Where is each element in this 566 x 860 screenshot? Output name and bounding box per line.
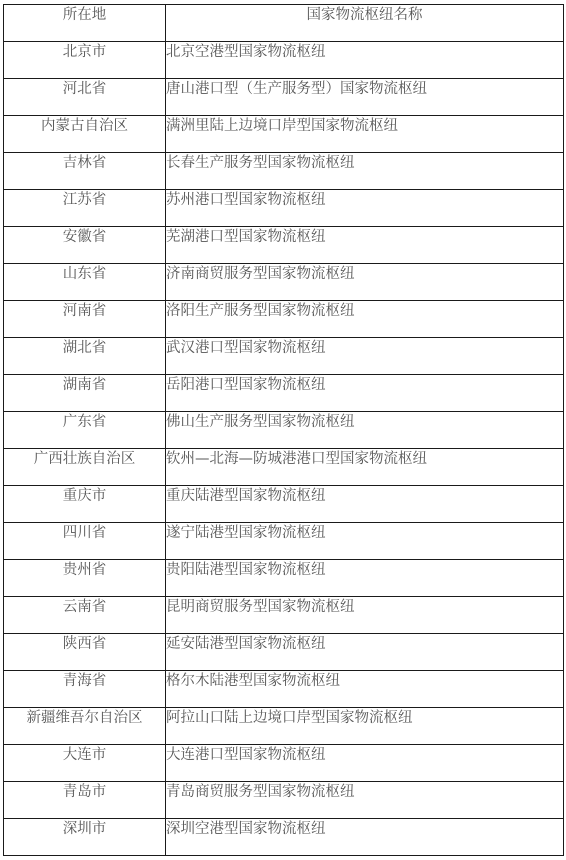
cell-hub-name: 钦州—北海—防城港港口型国家物流枢纽 <box>166 449 564 486</box>
cell-location: 四川省 <box>4 523 166 560</box>
table-header-row: 所在地 国家物流枢纽名称 <box>4 5 564 42</box>
cell-hub-name: 大连港口型国家物流枢纽 <box>166 745 564 782</box>
cell-hub-name: 北京空港型国家物流枢纽 <box>166 42 564 79</box>
table-row: 青海省 格尔木陆港型国家物流枢纽 <box>4 671 564 708</box>
cell-hub-name: 满洲里陆上边境口岸型国家物流枢纽 <box>166 116 564 153</box>
table-row: 江苏省 苏州港口型国家物流枢纽 <box>4 190 564 227</box>
cell-location: 河北省 <box>4 79 166 116</box>
cell-location: 北京市 <box>4 42 166 79</box>
table-row: 山东省 济南商贸服务型国家物流枢纽 <box>4 264 564 301</box>
cell-location: 新疆维吾尔自治区 <box>4 708 166 745</box>
cell-location: 内蒙古自治区 <box>4 116 166 153</box>
table-row: 深圳市 深圳空港型国家物流枢纽 <box>4 819 564 856</box>
header-location: 所在地 <box>4 5 166 42</box>
cell-hub-name: 延安陆港型国家物流枢纽 <box>166 634 564 671</box>
cell-location: 湖南省 <box>4 375 166 412</box>
cell-hub-name: 格尔木陆港型国家物流枢纽 <box>166 671 564 708</box>
cell-hub-name: 长春生产服务型国家物流枢纽 <box>166 153 564 190</box>
cell-location: 广东省 <box>4 412 166 449</box>
cell-location: 吉林省 <box>4 153 166 190</box>
cell-location: 青海省 <box>4 671 166 708</box>
cell-location: 重庆市 <box>4 486 166 523</box>
cell-hub-name: 青岛商贸服务型国家物流枢纽 <box>166 782 564 819</box>
table-row: 四川省 遂宁陆港型国家物流枢纽 <box>4 523 564 560</box>
cell-hub-name: 阿拉山口陆上边境口岸型国家物流枢纽 <box>166 708 564 745</box>
cell-hub-name: 贵阳陆港型国家物流枢纽 <box>166 560 564 597</box>
cell-location: 广西壮族自治区 <box>4 449 166 486</box>
cell-location: 青岛市 <box>4 782 166 819</box>
cell-location: 江苏省 <box>4 190 166 227</box>
cell-location: 云南省 <box>4 597 166 634</box>
table-row: 吉林省 长春生产服务型国家物流枢纽 <box>4 153 564 190</box>
cell-hub-name: 武汉港口型国家物流枢纽 <box>166 338 564 375</box>
table-row: 大连市 大连港口型国家物流枢纽 <box>4 745 564 782</box>
cell-location: 安徽省 <box>4 227 166 264</box>
cell-location: 深圳市 <box>4 819 166 856</box>
table-row: 河北省 唐山港口型（生产服务型）国家物流枢纽 <box>4 79 564 116</box>
cell-location: 山东省 <box>4 264 166 301</box>
cell-hub-name: 唐山港口型（生产服务型）国家物流枢纽 <box>166 79 564 116</box>
table-row: 湖北省 武汉港口型国家物流枢纽 <box>4 338 564 375</box>
cell-hub-name: 昆明商贸服务型国家物流枢纽 <box>166 597 564 634</box>
table-row: 内蒙古自治区 满洲里陆上边境口岸型国家物流枢纽 <box>4 116 564 153</box>
cell-hub-name: 遂宁陆港型国家物流枢纽 <box>166 523 564 560</box>
table-row: 北京市 北京空港型国家物流枢纽 <box>4 42 564 79</box>
table-row: 安徽省 芜湖港口型国家物流枢纽 <box>4 227 564 264</box>
cell-hub-name: 苏州港口型国家物流枢纽 <box>166 190 564 227</box>
cell-location: 湖北省 <box>4 338 166 375</box>
header-hub-name: 国家物流枢纽名称 <box>166 5 564 42</box>
cell-hub-name: 重庆陆港型国家物流枢纽 <box>166 486 564 523</box>
logistics-hub-table: 所在地 国家物流枢纽名称 北京市 北京空港型国家物流枢纽 河北省 唐山港口型（生… <box>3 4 564 856</box>
cell-location: 陕西省 <box>4 634 166 671</box>
table-row: 河南省 洛阳生产服务型国家物流枢纽 <box>4 301 564 338</box>
cell-hub-name: 济南商贸服务型国家物流枢纽 <box>166 264 564 301</box>
cell-hub-name: 佛山生产服务型国家物流枢纽 <box>166 412 564 449</box>
cell-location: 河南省 <box>4 301 166 338</box>
table-row: 湖南省 岳阳港口型国家物流枢纽 <box>4 375 564 412</box>
table-row: 青岛市 青岛商贸服务型国家物流枢纽 <box>4 782 564 819</box>
cell-location: 大连市 <box>4 745 166 782</box>
cell-hub-name: 洛阳生产服务型国家物流枢纽 <box>166 301 564 338</box>
table-row: 云南省 昆明商贸服务型国家物流枢纽 <box>4 597 564 634</box>
cell-hub-name: 芜湖港口型国家物流枢纽 <box>166 227 564 264</box>
table-row: 广西壮族自治区 钦州—北海—防城港港口型国家物流枢纽 <box>4 449 564 486</box>
table-row: 广东省 佛山生产服务型国家物流枢纽 <box>4 412 564 449</box>
table-row: 贵州省 贵阳陆港型国家物流枢纽 <box>4 560 564 597</box>
cell-location: 贵州省 <box>4 560 166 597</box>
table-row: 新疆维吾尔自治区 阿拉山口陆上边境口岸型国家物流枢纽 <box>4 708 564 745</box>
cell-hub-name: 深圳空港型国家物流枢纽 <box>166 819 564 856</box>
table-row: 重庆市 重庆陆港型国家物流枢纽 <box>4 486 564 523</box>
cell-hub-name: 岳阳港口型国家物流枢纽 <box>166 375 564 412</box>
table-row: 陕西省 延安陆港型国家物流枢纽 <box>4 634 564 671</box>
